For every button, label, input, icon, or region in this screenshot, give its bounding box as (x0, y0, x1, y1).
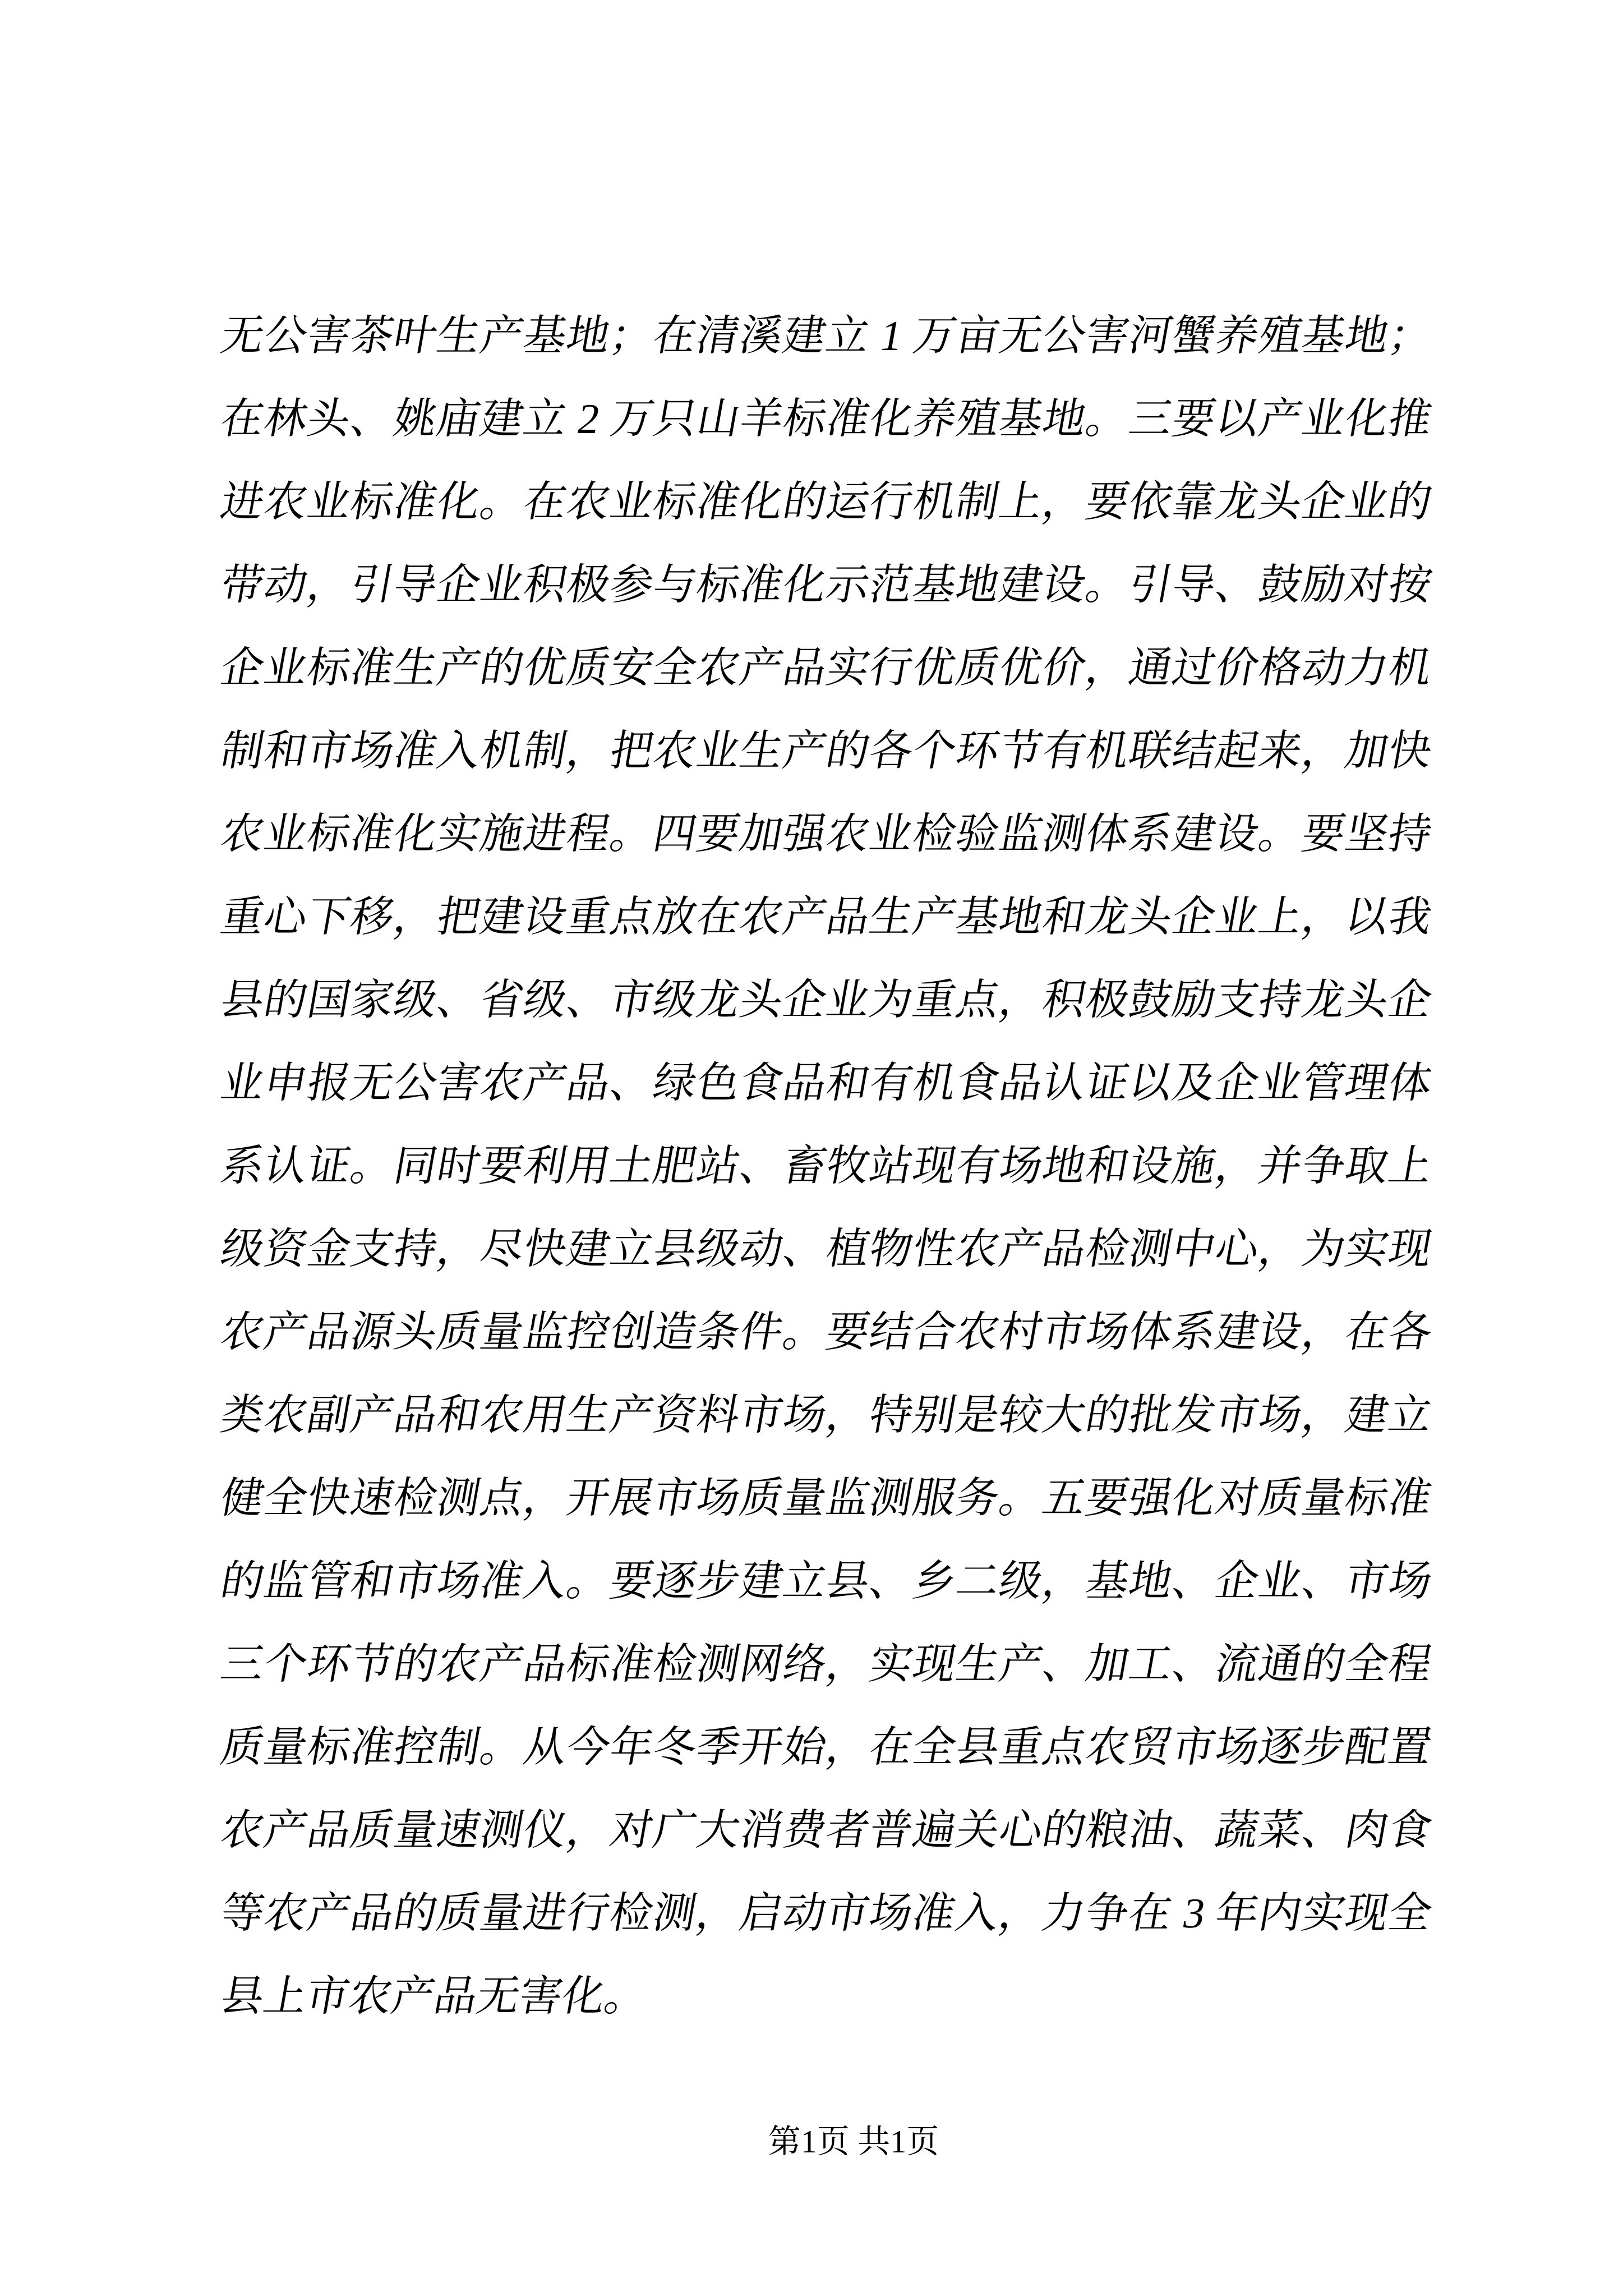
page-number-label: 第1页 共1页 (768, 2123, 939, 2160)
text-line: 健全快速检测点，开展市场质量监测服务。五要强化对质量标准 (214, 1457, 1439, 1540)
text-line: 制和市场准入机制，把农业生产的各个环节有机联结起来，加快 (214, 710, 1439, 793)
text-line: 县的国家级、省级、市级龙头企业为重点，积极鼓励支持龙头企 (214, 959, 1439, 1042)
text-line: 重心下移，把建设重点放在农产品生产基地和龙头企业上，以我 (214, 876, 1439, 959)
text-line: 等农产品的质量进行检测，启动市场准入，力争在 3 年内实现全 (214, 1872, 1439, 1955)
text-line: 级资金支持，尽快建立县级动、植物性农产品检测中心，为实现 (214, 1208, 1439, 1291)
text-line: 带动，引导企业积极参与标准化示范基地建设。引导、鼓励对按 (214, 544, 1439, 627)
text-line: 三个环节的农产品标准检测网络，实现生产、加工、流通的全程 (214, 1623, 1439, 1706)
text-line: 企业标准生产的优质安全农产品实行优质优价，通过价格动力机 (214, 627, 1439, 710)
text-line: 质量标准控制。从今年冬季开始，在全县重点农贸市场逐步配置 (214, 1706, 1439, 1789)
text-line: 业申报无公害农产品、绿色食品和有机食品认证以及企业管理体 (214, 1042, 1439, 1125)
text-line: 类农副产品和农用生产资料市场，特别是较大的批发市场，建立 (214, 1374, 1439, 1457)
text-line: 农产品源头质量监控创造条件。要结合农村市场体系建设，在各 (214, 1291, 1439, 1374)
document-page: 无公害茶叶生产基地；在清溪建立 1 万亩无公害河蟹养殖基地； 在林头、姚庙建立 … (0, 0, 1623, 2296)
text-line: 进农业标准化。在农业标准化的运行机制上，要依靠龙头企业的 (214, 461, 1439, 544)
text-line: 系认证。同时要利用土肥站、畜牧站现有场地和设施，并争取上 (214, 1125, 1439, 1208)
text-line: 县上市农产品无害化。 (214, 1955, 1439, 2038)
text-line: 农业标准化实施进程。四要加强农业检验监测体系建设。要坚持 (214, 793, 1439, 876)
text-line: 农产品质量速测仪，对广大消费者普遍关心的粮油、蔬菜、肉食 (214, 1789, 1439, 1872)
text-line: 无公害茶叶生产基地；在清溪建立 1 万亩无公害河蟹养殖基地； (214, 295, 1439, 378)
page-footer: 第1页 共1页 (220, 2119, 1487, 2164)
document-body: 无公害茶叶生产基地；在清溪建立 1 万亩无公害河蟹养殖基地； 在林头、姚庙建立 … (220, 295, 1430, 2038)
text-line: 在林头、姚庙建立 2 万只山羊标准化养殖基地。三要以产业化推 (214, 378, 1439, 461)
text-line: 的监管和市场准入。要逐步建立县、乡二级，基地、企业、市场 (214, 1540, 1439, 1623)
